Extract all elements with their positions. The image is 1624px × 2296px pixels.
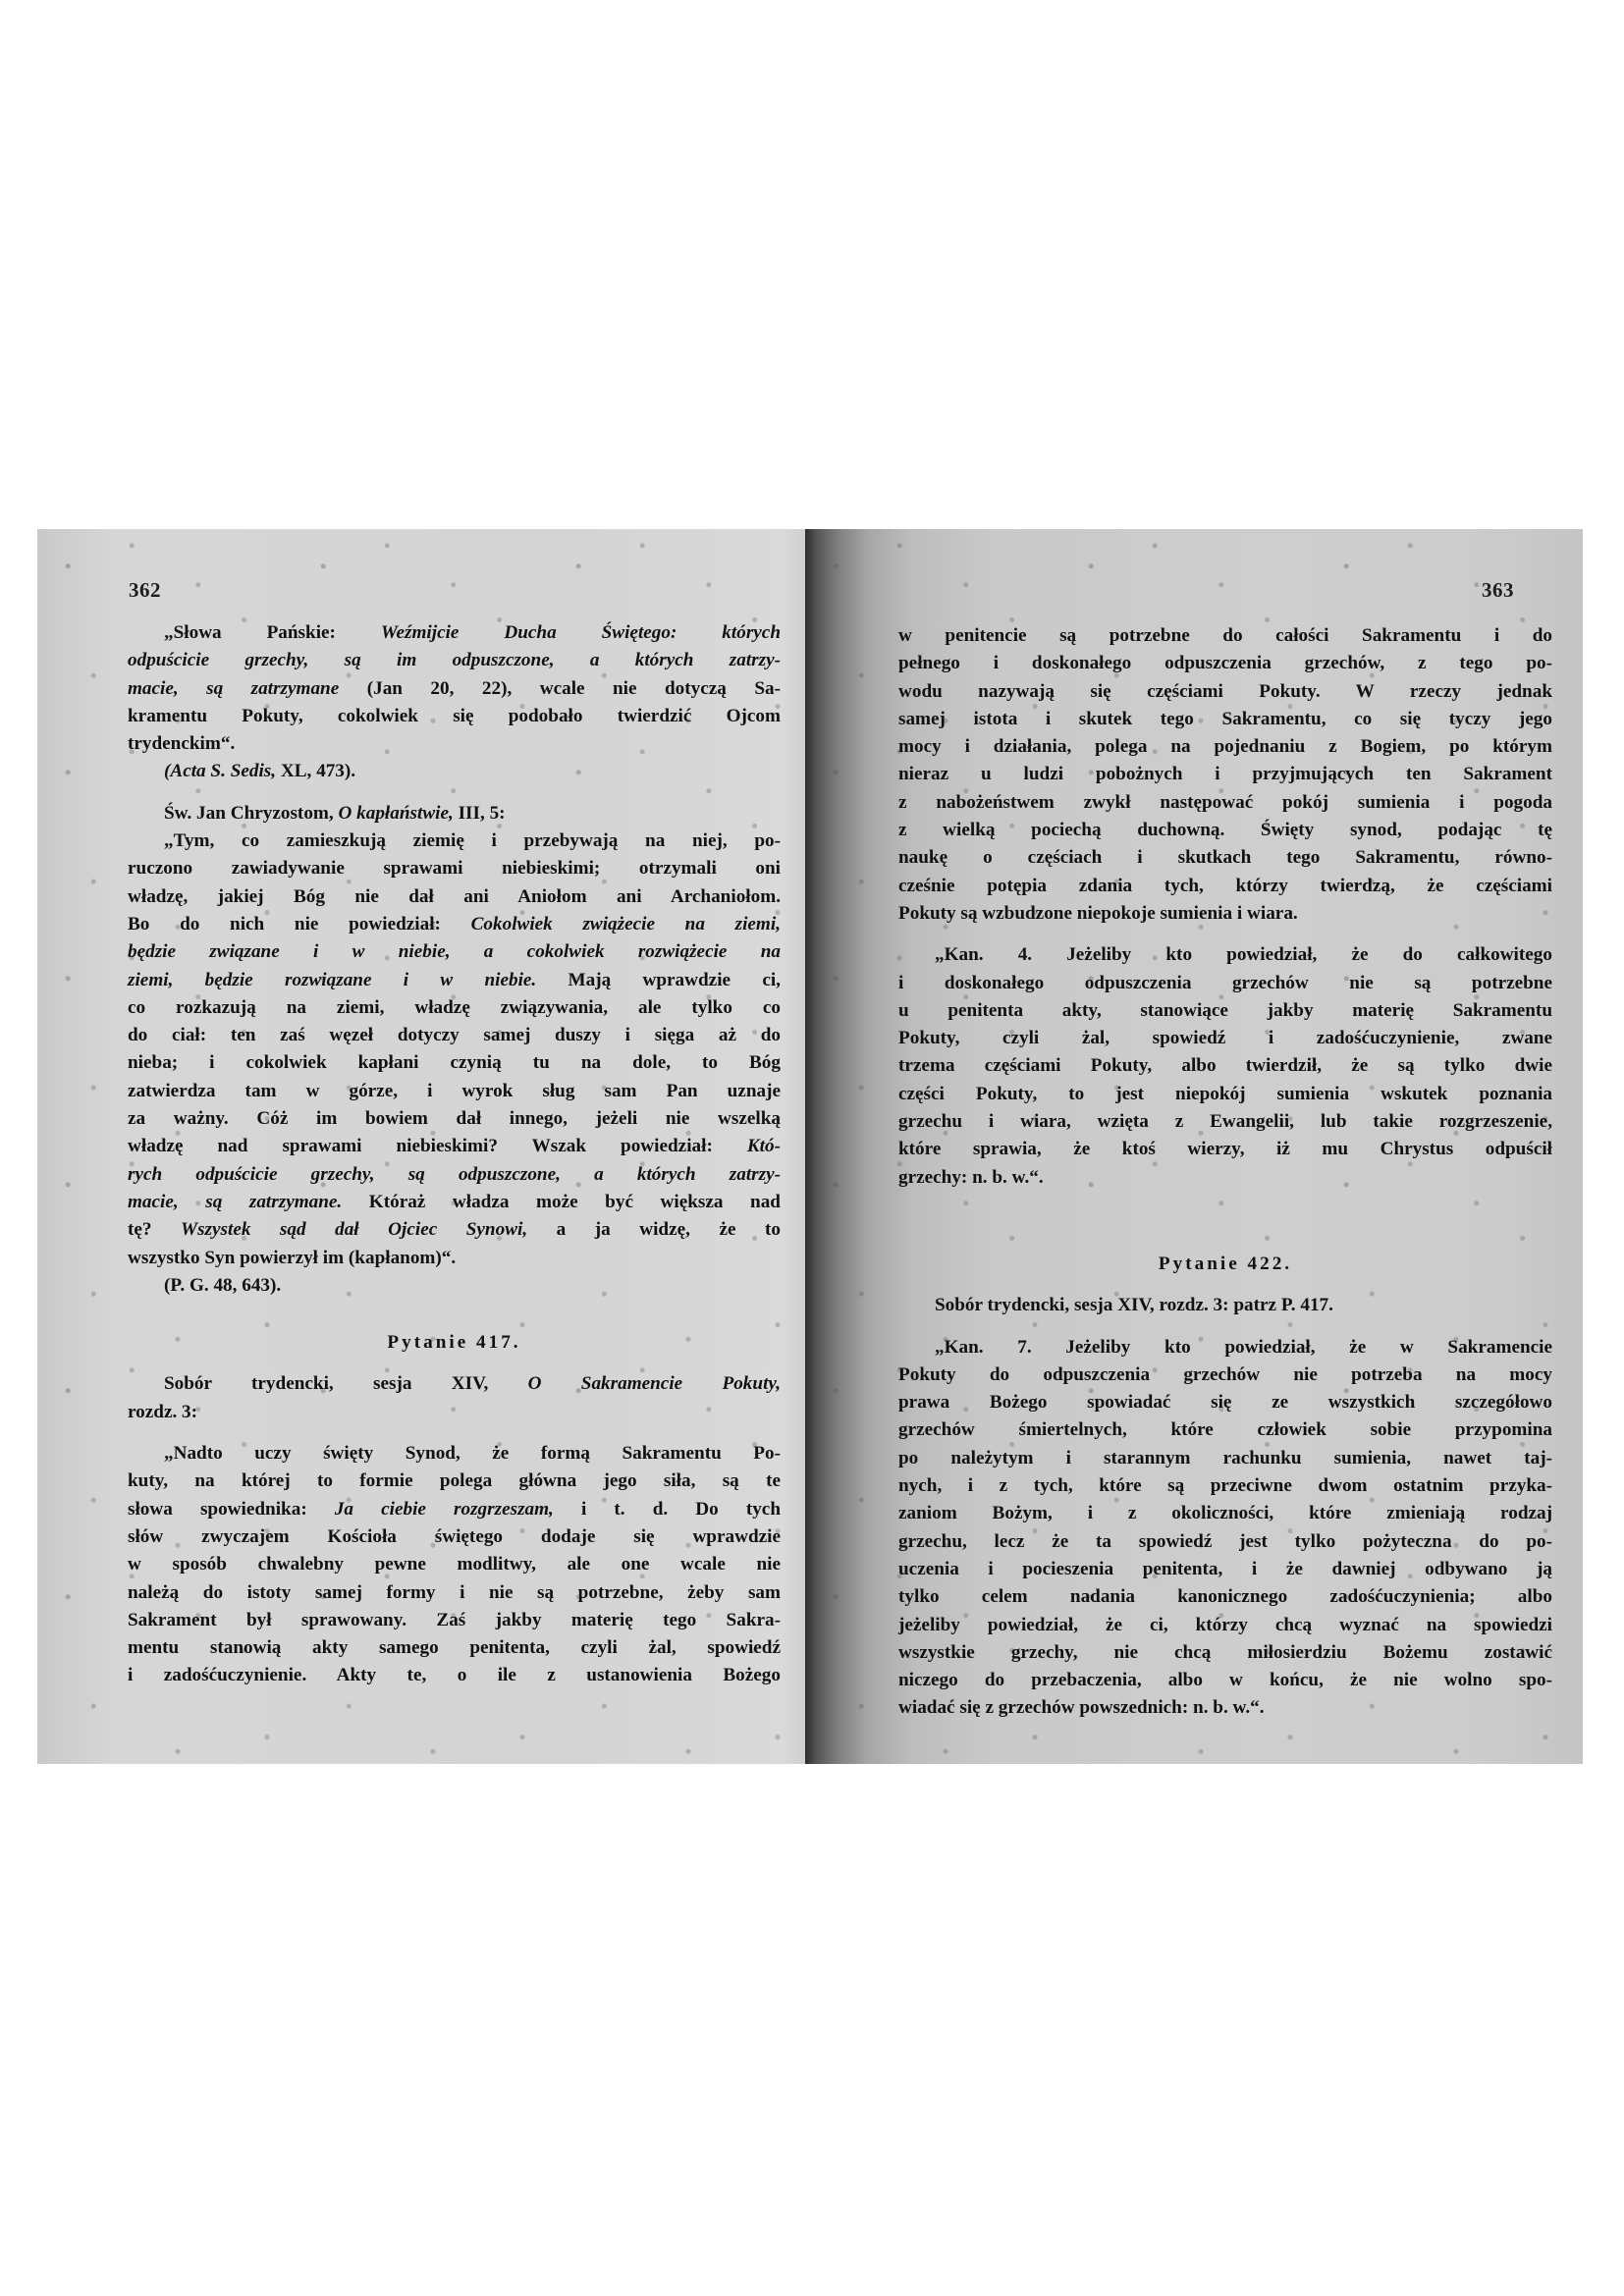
text-line: po należytym i starannym rachunku sumien…: [898, 1445, 1552, 1472]
text-line: Św. Jan Chryzostom, O kapłaństwie, III, …: [128, 800, 781, 828]
text-line: części Pokuty, to jest niepokój sumienia…: [898, 1081, 1552, 1108]
paragraph: „Tym, co zamieszkują ziemię i przebywają…: [128, 828, 781, 1272]
text-line: Bo do nich nie powiedział: Cokolwiek zwi…: [128, 911, 781, 938]
left-page: 362 „Słowa Pańskie: Weźmijcie Ducha Świę…: [37, 529, 805, 1764]
text-line: samej istota i skutek tego Sakramentu, c…: [898, 706, 1552, 733]
text-line: „Kan. 7. Jeżeliby kto powiedział, że w S…: [898, 1334, 1552, 1362]
text-line: Sakrament był sprawowany. Zaś jakby mate…: [128, 1607, 781, 1634]
text-line: nych, i z tych, które są przeciwne dwom …: [898, 1472, 1552, 1500]
text-line: prawa Bożego spowiadać się ze wszystkich…: [898, 1389, 1552, 1416]
paragraph: „Słowa Pańskie: Weźmijcie Ducha Świętego…: [128, 619, 781, 758]
left-page-text: „Słowa Pańskie: Weźmijcie Ducha Świętego…: [128, 619, 781, 1690]
paragraph: „Kan. 4. Jeżeliby kto powiedział, że do …: [898, 941, 1552, 1192]
paragraph: Sobór trydencki, sesja XIV, O Sakramenci…: [128, 1370, 781, 1426]
text-line: zatwierdza tam w górze, i wyrok sług sam…: [128, 1078, 781, 1105]
text-line: tę? Wszystek sąd dał Ojciec Synowi, a ja…: [128, 1216, 781, 1244]
text-line: kramentu Pokuty, cokolwiek się podobało …: [128, 703, 781, 730]
paragraph: w penitencie są potrzebne do całości Sak…: [898, 622, 1552, 928]
text-line: w sposób chwalebny pewne modlitwy, ale o…: [128, 1551, 781, 1578]
text-line: zaniom Bożym, i z okoliczności, które zm…: [898, 1500, 1552, 1527]
text-line: nieraz u ludzi pobożnych i przyjmujących…: [898, 761, 1552, 788]
text-line: które sprawia, że ktoś wierzy, iż mu Chr…: [898, 1136, 1552, 1163]
text-line: mentu stanowią akty samego penitenta, cz…: [128, 1634, 781, 1662]
text-line: należą do istoty samej formy i nie są po…: [128, 1579, 781, 1607]
text-line: będzie związane i w niebie, a cokolwiek …: [128, 938, 781, 966]
text-line: u penitenta akty, stanowiące jakby mater…: [898, 997, 1552, 1025]
text-line: rych odpuścicie grzechy, są odpuszczone,…: [128, 1161, 781, 1189]
text-line: z wielką pociechą duchowną. Święty synod…: [898, 817, 1552, 844]
text-line: grzechów śmiertelnych, które człowiek so…: [898, 1416, 1552, 1444]
text-line: cześnie potępia zdania tych, którzy twie…: [898, 873, 1552, 900]
text-line: słowa spowiednika: Ja ciebie rozgrzeszam…: [128, 1496, 781, 1523]
text-line: (Acta S. Sedis, XL, 473).: [128, 758, 781, 785]
text-line: z nabożeństwem zwykł następować pokój su…: [898, 789, 1552, 817]
text-line: uczenia i pocieszenia penitenta, i że da…: [898, 1556, 1552, 1583]
text-line: wiadać się z grzechów powszednich: n. b.…: [898, 1694, 1552, 1722]
text-line: trydenckim“.: [128, 730, 781, 758]
text-line: co rozkazują na ziemi, władzę związywani…: [128, 994, 781, 1022]
text-line: „Kan. 4. Jeżeliby kto powiedział, że do …: [898, 941, 1552, 969]
text-line: pełnego i doskonałego odpuszczenia grzec…: [898, 650, 1552, 677]
text-line: (P. G. 48, 643).: [128, 1272, 781, 1300]
text-line: władzę nad sprawami niebieskimi? Wszak p…: [128, 1133, 781, 1160]
citation: Sobór trydencki, sesja XIV, rozdz. 3: pa…: [898, 1292, 1552, 1319]
text-line: grzechu, lecz że ta spowiedź jest tylko …: [898, 1528, 1552, 1556]
text-line: do ciał: ten zaś węzeł dotyczy samej dus…: [128, 1022, 781, 1049]
text-line: Pokuty, czyli żal, spowiedź i zadośćuczy…: [898, 1025, 1552, 1052]
text-line: „Słowa Pańskie: Weźmijcie Ducha Świętego…: [128, 619, 781, 647]
text-line: Sobór trydencki, sesja XIV, O Sakramenci…: [128, 1370, 781, 1398]
text-line: Pokuty są wzbudzone niepokoje sumienia i…: [898, 900, 1552, 928]
text-line: grzechy: n. b. w.“.: [898, 1164, 1552, 1192]
text-line: macie, są zatrzymane. Któraż władza może…: [128, 1189, 781, 1216]
text-line: ruczono zawiadywanie sprawami niebieskim…: [128, 855, 781, 882]
text-line: tylko celem nadania kanonicznego zadośću…: [898, 1583, 1552, 1611]
text-line: nieba; i cokolwiek kapłani czynią tu na …: [128, 1049, 781, 1077]
text-line: niczego do przebaczenia, albo w końcu, ż…: [898, 1667, 1552, 1694]
text-line: ziemi, będzie rozwiązane i w niebie. Maj…: [128, 967, 781, 994]
text-line: za ważny. Cóż im bowiem dał innego, jeże…: [128, 1105, 781, 1133]
text-line: Sobór trydencki, sesja XIV, rozdz. 3: pa…: [898, 1292, 1552, 1319]
text-line: mocy i działania, polega na pojednaniu z…: [898, 733, 1552, 761]
text-line: odpuścicie grzechy, są im odpuszczone, a…: [128, 647, 781, 674]
paragraph: „Nadto uczy święty Synod, że formą Sakra…: [128, 1440, 781, 1690]
text-line: i zadośćuczynienie. Akty te, o ile z ust…: [128, 1662, 781, 1689]
text-line: grzechu i wiara, wzięta z Ewangelii, lub…: [898, 1108, 1552, 1136]
text-line: jeżeliby powiedział, że ci, którzy chcą …: [898, 1612, 1552, 1639]
page-number-left: 362: [129, 578, 161, 603]
text-line: kuty, na której to formie polega główna …: [128, 1468, 781, 1495]
citation: (Acta S. Sedis, XL, 473).: [128, 758, 781, 785]
section-heading: Pytanie 417.: [128, 1329, 781, 1357]
text-line: władzę, jakiej Bóg nie dał ani Aniołom a…: [128, 883, 781, 911]
text-line: „Tym, co zamieszkują ziemię i przebywają…: [128, 828, 781, 855]
text-line: i doskonałego odpuszczenia grzechów nie …: [898, 970, 1552, 997]
text-line: rozdz. 3:: [128, 1399, 781, 1426]
section-heading: Pytanie 422.: [898, 1251, 1552, 1278]
text-line: naukę o częściach i skutkach tego Sakram…: [898, 844, 1552, 872]
text-line: trzema częściami Pokuty, albo twierdził,…: [898, 1052, 1552, 1080]
right-page: 363 w penitencie są potrzebne do całości…: [805, 529, 1583, 1764]
text-line: „Nadto uczy święty Synod, że formą Sakra…: [128, 1440, 781, 1468]
book-scan-spread: 362 „Słowa Pańskie: Weźmijcie Ducha Świę…: [37, 529, 1583, 1764]
text-line: w penitencie są potrzebne do całości Sak…: [898, 622, 1552, 650]
text-line: wszystkie grzechy, nie chcą miłosierdziu…: [898, 1639, 1552, 1667]
citation: Św. Jan Chryzostom, O kapłaństwie, III, …: [128, 800, 781, 828]
text-line: słów zwyczajem Kościoła świętego dodaje …: [128, 1523, 781, 1551]
text-line: Pokuty do odpuszczenia grzechów nie potr…: [898, 1362, 1552, 1389]
page-number-right: 363: [1482, 578, 1514, 603]
text-line: macie, są zatrzymane (Jan 20, 22), wcale…: [128, 675, 781, 703]
citation: (P. G. 48, 643).: [128, 1272, 781, 1300]
paragraph: „Kan. 7. Jeżeliby kto powiedział, że w S…: [898, 1334, 1552, 1723]
text-line: wodu nazywają się częściami Pokuty. W rz…: [898, 678, 1552, 706]
text-line: wszystko Syn powierzył im (kapłanom)“.: [128, 1245, 781, 1272]
right-page-text: w penitencie są potrzebne do całości Sak…: [898, 622, 1552, 1723]
